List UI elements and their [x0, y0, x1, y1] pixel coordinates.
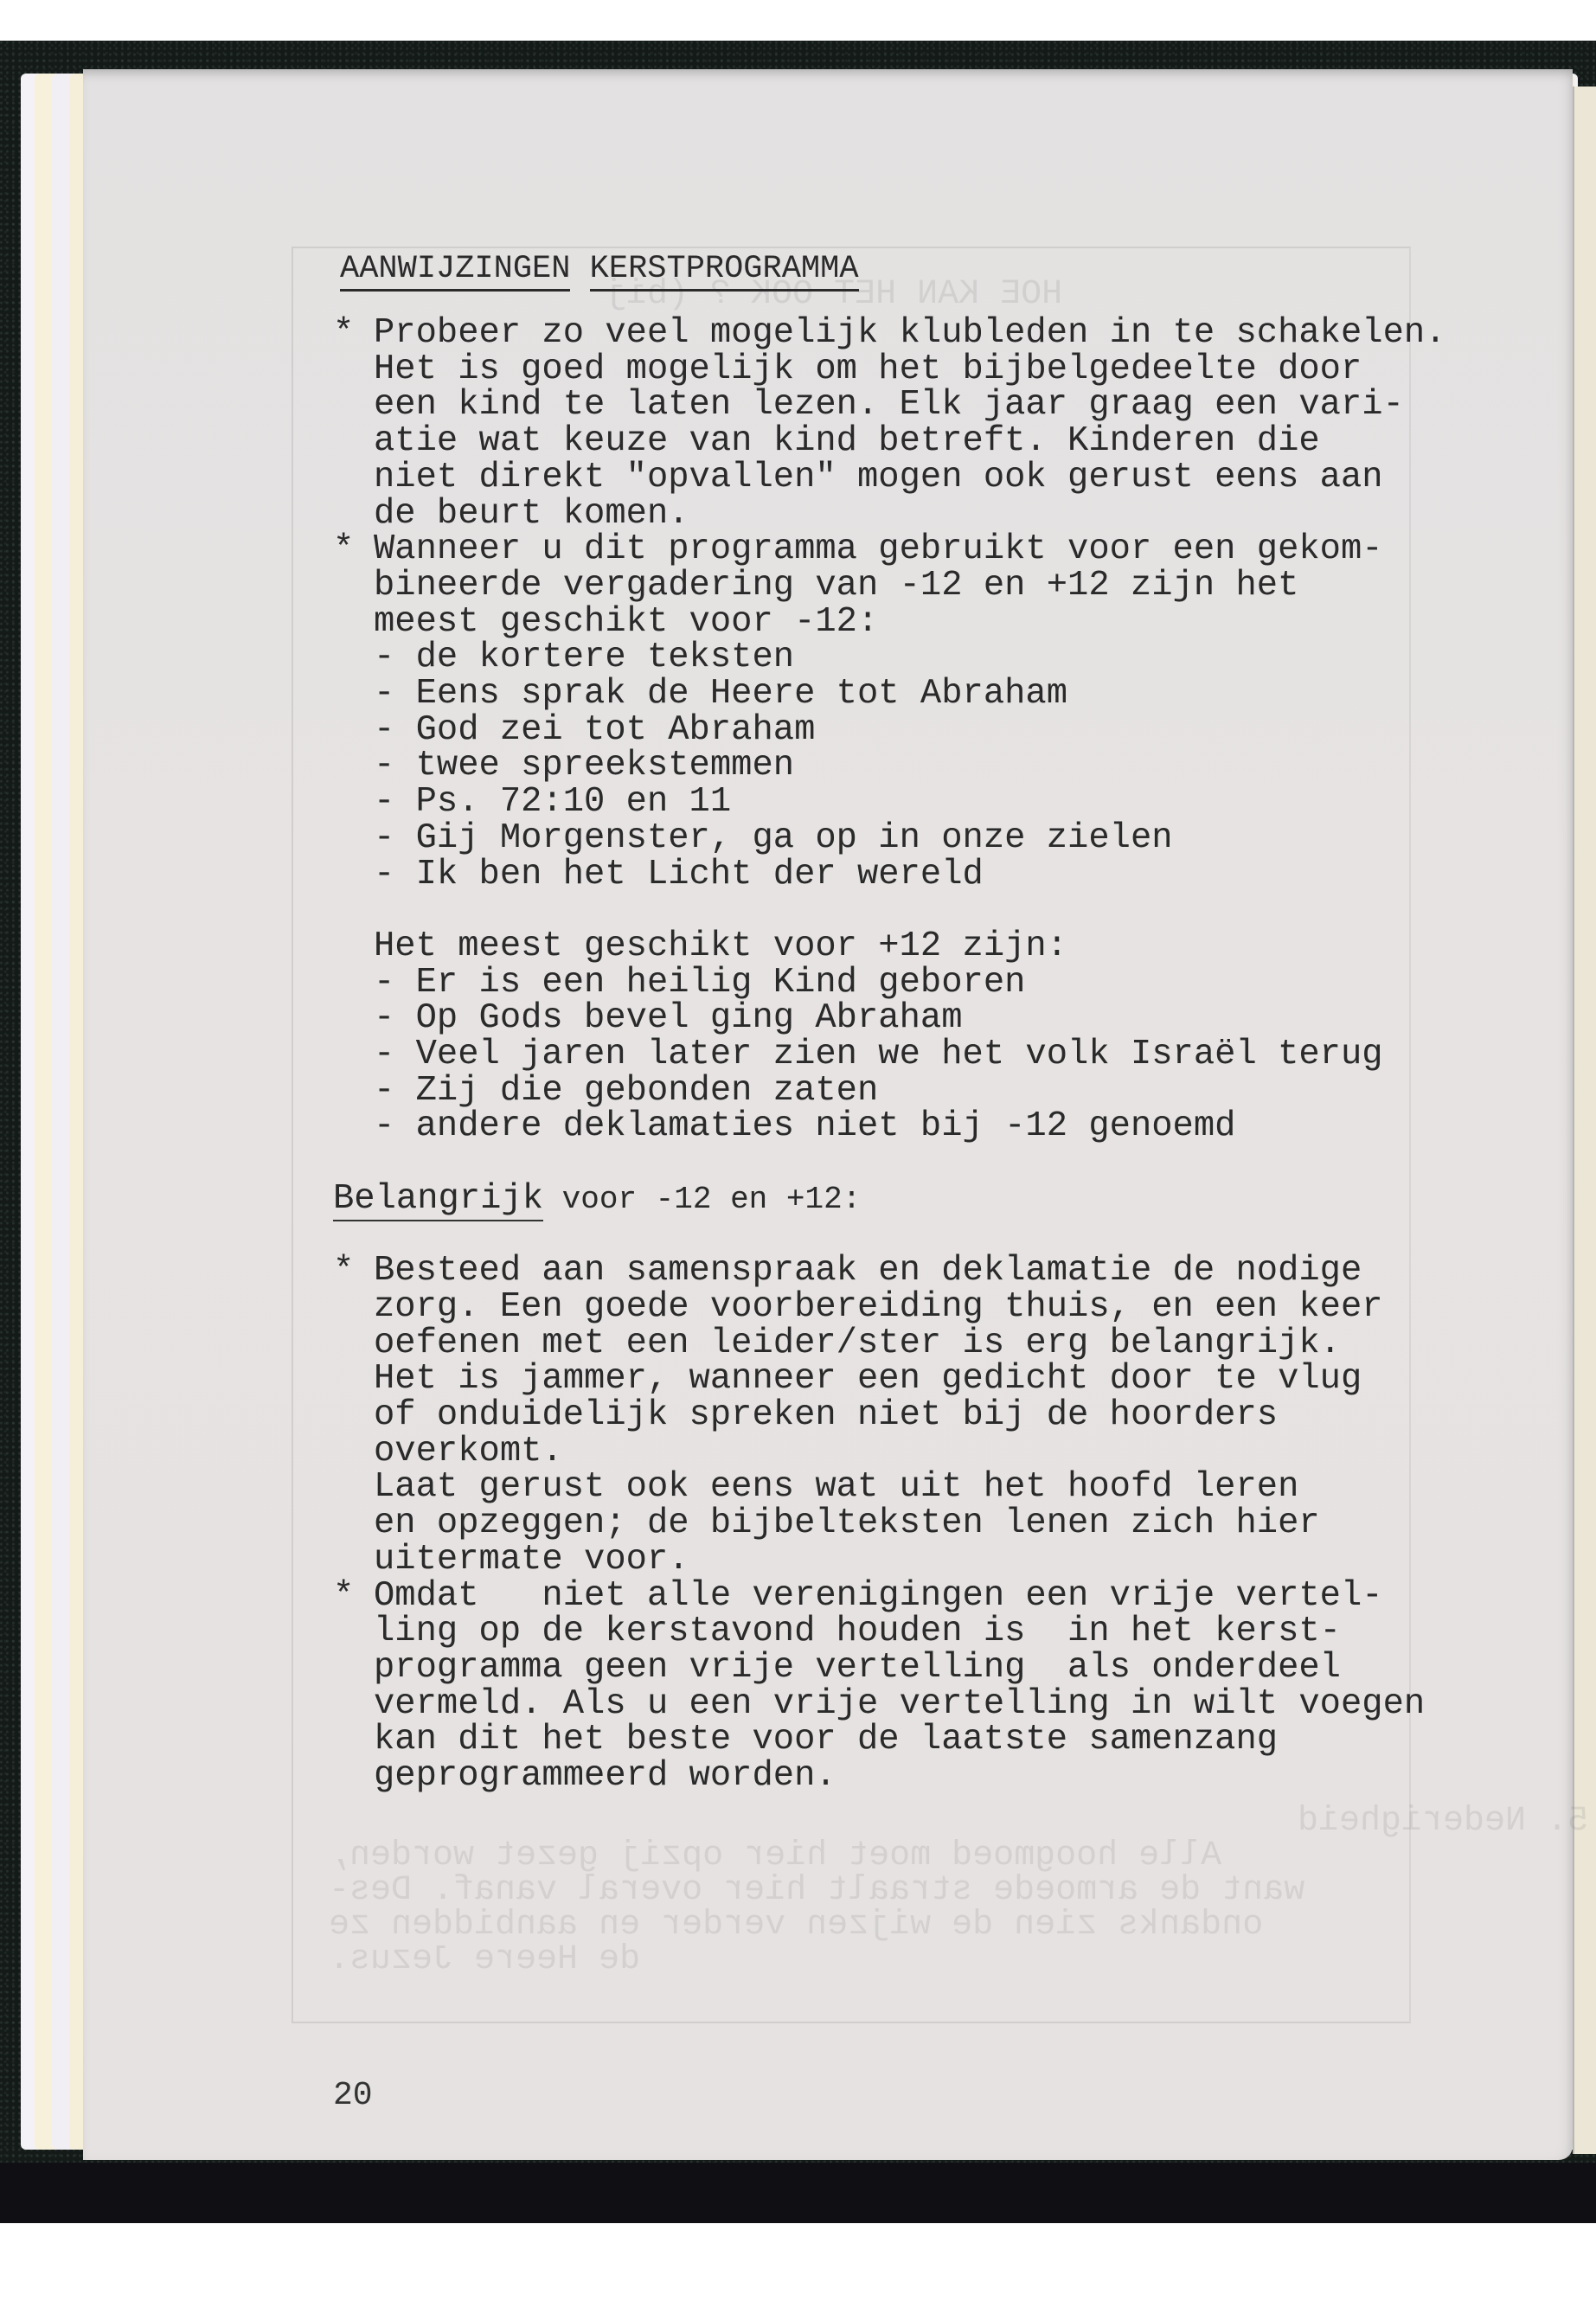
bullet-marker: * — [333, 315, 354, 351]
list-item: - Ik ben het Licht der wereld — [374, 856, 984, 893]
paragraph-line: uitermate voor. — [374, 1541, 689, 1578]
bullet-marker: * — [333, 531, 354, 567]
paragraph-line: of onduidelijk spreken niet bij de hoord… — [374, 1397, 1278, 1433]
paragraph-line: Het is jammer, wanneer een gedicht door … — [374, 1361, 1362, 1397]
important-label: Belangrijk — [333, 1179, 543, 1221]
paragraph-line: Probeer zo veel mogelijk klubleden in te… — [374, 315, 1446, 351]
list-item: - Er is een heilig Kind geboren — [374, 965, 1025, 1001]
paragraph-line: vermeld. Als u een vrije vertelling in w… — [374, 1686, 1425, 1722]
paragraph-line: Omdat niet alle verenigingen een vrije v… — [374, 1578, 1383, 1614]
paragraph-line: kan dit het beste voor de laatste samenz… — [374, 1721, 1278, 1758]
paragraph-line: overkomt. — [374, 1433, 563, 1470]
list-item: - andere deklamaties niet bij -12 genoem… — [374, 1108, 1235, 1144]
page-number: 20 — [333, 2078, 373, 2114]
paragraph-line: oefenen met een leider/ster is erg belan… — [374, 1325, 1341, 1362]
important-heading: Belangrijk voor -12 en +12: — [333, 1181, 861, 1218]
important-rest: voor -12 en +12: — [543, 1182, 861, 1217]
title-word-1: AANWIJZINGEN — [340, 251, 570, 292]
paragraph-line: de beurt komen. — [374, 496, 689, 532]
paragraph-line: niet direkt "opvallen" mogen ook gerust … — [374, 459, 1383, 496]
list-item: - Gij Morgenster, ga op in onze zielen — [374, 820, 1173, 856]
paragraph-line: Wanneer u dit programma gebruikt voor ee… — [374, 531, 1383, 567]
paragraph-line: Besteed aan samenspraak en deklamatie de… — [374, 1253, 1362, 1289]
paragraph-line: en opzeggen; de bijbelteksten lenen zich… — [374, 1505, 1320, 1541]
bullet-marker: * — [333, 1578, 354, 1614]
list-item: - twee spreekstemmen — [374, 747, 794, 784]
paragraph-line: een kind te laten lezen. Elk jaar graag … — [374, 387, 1404, 423]
subheading: Het meest geschikt voor +12 zijn: — [374, 928, 1067, 965]
paragraph-line: Laat gerust ook eens wat uit het hoofd l… — [374, 1469, 1298, 1505]
paragraph-line: programma geen vrije vertelling als onde… — [374, 1650, 1341, 1686]
paragraph-line: ling op de kerstavond houden is in het k… — [374, 1613, 1341, 1650]
list-item: - Zij die gebonden zaten — [374, 1073, 878, 1109]
paragraph-line: meest geschikt voor -12: — [374, 604, 878, 640]
title-word-2: KERSTPROGRAMMA — [590, 251, 859, 292]
list-item: - Ps. 72:10 en 11 — [374, 784, 731, 820]
paragraph-line: geprogrammeerd worden. — [374, 1758, 836, 1794]
list-item: - God zei tot Abraham — [374, 712, 815, 748]
bullet-marker: * — [333, 1253, 354, 1289]
paragraph-line: Het is goed mogelijk om het bijbelgedeel… — [374, 351, 1362, 388]
paragraph-line: zorg. Een goede voorbereiding thuis, en … — [374, 1289, 1383, 1325]
page-content: AANWIJZINGEN KERSTPROGRAMMA *Probeer zo … — [0, 0, 1596, 2301]
list-item: - Veel jaren later zien we het volk Isra… — [374, 1036, 1383, 1073]
list-item: - Eens sprak de Heere tot Abraham — [374, 676, 1067, 712]
list-item: - Op Gods bevel ging Abraham — [374, 1000, 963, 1036]
paragraph-line: bineerde vergadering van -12 en +12 zijn… — [374, 567, 1298, 604]
list-item: - de kortere teksten — [374, 639, 794, 676]
page-title: AANWIJZINGEN KERSTPROGRAMMA — [340, 251, 859, 287]
paragraph-line: atie wat keuze van kind betreft. Kindere… — [374, 423, 1320, 459]
